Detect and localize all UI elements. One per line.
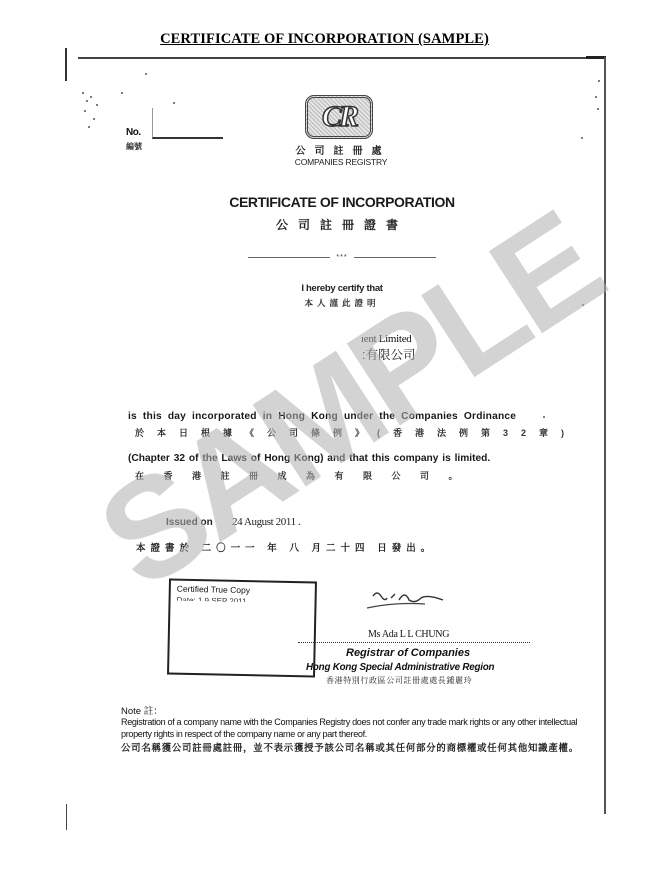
companies-registry-logo: CR bbox=[305, 95, 373, 139]
company-name-en: ıent Limited bbox=[361, 333, 411, 345]
certify-text-zh: 本人謹此證明 bbox=[0, 297, 649, 309]
certified-copy-stamp: Certified True Copy Date: 1 9 SEP 2011 bbox=[167, 578, 317, 677]
registrar-name: Ms Ada L L CHUNG bbox=[368, 629, 449, 640]
issued-date: 24 August 2011 . bbox=[232, 516, 300, 528]
certificate-heading: CERTIFICATE OF INCORPORATION bbox=[0, 194, 649, 210]
no-label-zh: 編號 bbox=[126, 141, 142, 152]
divider: *** bbox=[248, 254, 436, 261]
registry-name-en: COMPANIES REGISTRY bbox=[281, 157, 401, 167]
incorporation-line-1: is this day incorporated in Hong Kong un… bbox=[128, 411, 534, 422]
certify-text: I hereby certify that bbox=[0, 283, 649, 294]
page-title: CERTIFICATE OF INCORPORATION (SAMPLE) bbox=[0, 31, 649, 48]
registrar-title-zh: 香港特別行政區公司註冊處處長鍾麗玲 bbox=[326, 675, 472, 686]
logo-text: CR bbox=[322, 100, 356, 134]
scan-border-right bbox=[604, 57, 606, 814]
issued-label: Issued on bbox=[166, 517, 213, 528]
scan-border-left bbox=[65, 48, 67, 81]
scan-border-corner bbox=[586, 56, 606, 59]
divider-stars: *** bbox=[336, 254, 347, 261]
scan-border-top bbox=[78, 57, 606, 59]
certificate-heading-zh: 公司註冊證書 bbox=[0, 216, 649, 233]
incorporation-line-2-zh: 在香港註冊成為有限公司。 bbox=[135, 469, 477, 482]
stamp-title: Certified True Copy bbox=[177, 584, 250, 596]
issued-date-zh: 本證書於 二〇一一 年 八 月二十四 日發出。 bbox=[136, 540, 435, 554]
note-text-en: Registration of a company name with the … bbox=[121, 716, 591, 740]
company-name-zh: :有限公司 bbox=[362, 345, 415, 363]
no-label: No. bbox=[126, 127, 141, 138]
incorporation-line-1-zh: 於本日根據《公司條例》(香港法例第32章) bbox=[135, 426, 577, 439]
registry-name-zh: 公司註冊處 bbox=[288, 142, 398, 157]
note-label: Note 註： bbox=[121, 703, 163, 717]
stamp-date: Date: 1 9 SEP 2011 bbox=[177, 595, 247, 602]
signature bbox=[365, 588, 445, 610]
registrar-region: Hong Kong Special Administrative Region bbox=[306, 662, 494, 673]
note-text-zh: 公司名稱獲公司註冊處註冊，並不表示獲授予該公司名稱或其任何部分的商標權或任何其他… bbox=[121, 742, 591, 755]
no-field bbox=[152, 108, 223, 139]
registrar-title: Registrar of Companies bbox=[346, 647, 470, 659]
scan-border-left-bottom bbox=[66, 804, 67, 830]
signature-line bbox=[298, 642, 530, 643]
incorporation-line-2: (Chapter 32 of the Laws of Hong Kong) an… bbox=[128, 453, 534, 464]
